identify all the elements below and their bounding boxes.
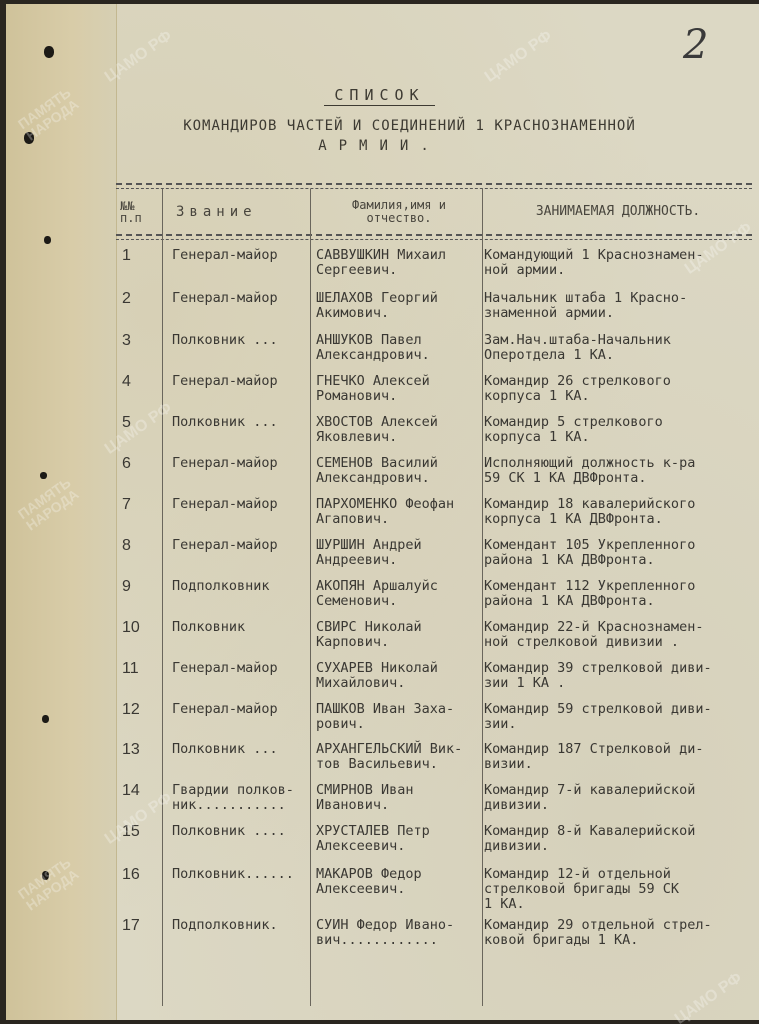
table-row: 7Генерал-майорПАРХОМЕНКО Феофан Агапович… [116, 497, 752, 538]
row-name: СМИРНОВ Иван Иванович. [310, 783, 482, 824]
row-number: 17 [116, 918, 162, 966]
table-grid: №№ п.п Звание Фамилия,имя и отчество. ЗА… [116, 189, 752, 966]
row-number: 12 [116, 702, 162, 742]
binding-hole [42, 871, 49, 880]
document-subtitle-line2: АРМИИ. [0, 138, 759, 154]
row-name: ГНЕЧКО Алексей Романович. [310, 374, 482, 415]
row-number: 16 [116, 867, 162, 918]
row-name: СЕМЕНОВ Василий Александрович. [310, 456, 482, 497]
row-position: Исполняющий должность к-ра 59 СК 1 КА ДВ… [482, 456, 752, 497]
document-subtitle-line1: КОМАНДИРОВ ЧАСТЕЙ И СОЕДИНЕНИЙ 1 КРАСНОЗ… [30, 118, 759, 134]
table-row: 1Генерал-майорСАВВУШКИН Михаил Сергеевич… [116, 240, 752, 291]
row-number: 8 [116, 538, 162, 579]
header-position: ЗАНИМАЕМАЯ ДОЛЖНОСТЬ. [482, 204, 752, 219]
header-number: №№ п.п [116, 200, 162, 224]
table-row: 14Гвардии полков- ник...........СМИРНОВ … [116, 783, 752, 824]
table-row: 3Полковник ...АНШУКОВ Павел Александрови… [116, 333, 752, 374]
header-name: Фамилия,имя и отчество. [310, 199, 482, 225]
table-row: 4Генерал-майорГНЕЧКО Алексей Романович.К… [116, 374, 752, 415]
row-name: АКОПЯН Аршалуйс Семенович. [310, 579, 482, 620]
row-rank: Генерал-майор [162, 702, 310, 742]
row-rank: Генерал-майор [162, 497, 310, 538]
row-position: Командир 59 стрелковой диви- зии. [482, 702, 752, 742]
row-name: АНШУКОВ Павел Александрович. [310, 333, 482, 374]
binding-margin [6, 4, 117, 1020]
row-number: 9 [116, 579, 162, 620]
binding-hole [42, 715, 49, 723]
table-row: 17 Подполковник.СУИН Федор Ивано- вич...… [116, 918, 752, 966]
table-row: 9ПодполковникАКОПЯН Аршалуйс Семенович.К… [116, 579, 752, 620]
row-number: 14 [116, 783, 162, 824]
page-number: 2 [683, 22, 708, 68]
row-name: СУХАРЕВ Николай Михайлович. [310, 661, 482, 702]
row-rank: Генерал-майор [162, 538, 310, 579]
row-rank: Полковник ... [162, 742, 310, 783]
row-name: МАКАРОВ Федор Алексеевич. [310, 867, 482, 918]
row-position: Зам.Нач.штаба-Начальник Оперотдела 1 КА. [482, 333, 752, 374]
row-name: ШУРШИН Андрей Андреевич. [310, 538, 482, 579]
row-rank: Гвардии полков- ник........... [162, 783, 310, 824]
table-row: 15Полковник ....ХРУСТАЛЕВ Петр Алексееви… [116, 824, 752, 867]
table-row: 8Генерал-майорШУРШИН Андрей Андреевич.Ко… [116, 538, 752, 579]
table-row: 2Генерал-майорШЕЛАХОВ Георгий Акимович.Н… [116, 291, 752, 333]
heading-text: СПИСОК [324, 86, 434, 106]
row-rank: Генерал-майор [162, 248, 310, 291]
header-rank: Звание [162, 204, 310, 220]
row-name: ПАШКОВ Иван Заха- рович. [310, 702, 482, 742]
row-rank: Полковник [162, 620, 310, 661]
row-position: Командир 22-й Краснознамен- ной стрелков… [482, 620, 752, 661]
row-position: Командир 39 стрелковой диви- зии 1 КА . [482, 661, 752, 702]
row-rank: Генерал-майор [162, 291, 310, 333]
row-number: 3 [116, 333, 162, 374]
table-row: 13Полковник ...АРХАНГЕЛЬСКИЙ Вик- тов Ва… [116, 742, 752, 783]
row-name: ХВОСТОВ Алексей Яковлевич. [310, 415, 482, 456]
row-rank: Подполковник [162, 579, 310, 620]
row-position: Командир 26 стрелкового корпуса 1 КА. [482, 374, 752, 415]
document-heading: СПИСОК [0, 86, 759, 104]
binding-hole [44, 236, 51, 244]
row-rank: Полковник .... [162, 824, 310, 867]
row-position: Командир 29 отдельной стрел- ковой брига… [482, 918, 752, 966]
row-name: СВИРС Николай Карпович. [310, 620, 482, 661]
row-number: 6 [116, 456, 162, 497]
table-header: №№ п.п Звание Фамилия,имя и отчество. ЗА… [116, 189, 752, 234]
table-row: 16Полковник......МАКАРОВ Федор Алексееви… [116, 867, 752, 918]
row-number: 7 [116, 497, 162, 538]
row-position: Командир 7-й кавалерийской дивизии. [482, 783, 752, 824]
row-name: ШЕЛАХОВ Георгий Акимович. [310, 291, 482, 333]
row-position: Начальник штаба 1 Красно- знаменной арми… [482, 291, 752, 333]
row-number: 5 [116, 415, 162, 456]
row-number: 11 [116, 661, 162, 702]
row-rank: Полковник...... [162, 867, 310, 918]
row-position: Комендант 105 Укрепленного района 1 КА Д… [482, 538, 752, 579]
table-row: 12Генерал-майорПАШКОВ Иван Заха- рович.К… [116, 702, 752, 742]
row-number: 13 [116, 742, 162, 783]
row-position: Командир 12-й отдельной стрелковой брига… [482, 867, 752, 918]
table-row: 11Генерал-майорСУХАРЕВ Николай Михайлови… [116, 661, 752, 702]
row-name: САВВУШКИН Михаил Сергеевич. [310, 248, 482, 291]
row-number: 4 [116, 374, 162, 415]
row-rank: Полковник ... [162, 415, 310, 456]
table-row: 10ПолковникСВИРС Николай Карпович.Команд… [116, 620, 752, 661]
row-position: Командир 8-й Кавалерийской дивизии. [482, 824, 752, 867]
row-number: 15 [116, 824, 162, 867]
row-name: ПАРХОМЕНКО Феофан Агапович. [310, 497, 482, 538]
table-row: 6Генерал-майорСЕМЕНОВ Василий Александро… [116, 456, 752, 497]
table-body: 1Генерал-майорСАВВУШКИН Михаил Сергеевич… [116, 240, 752, 966]
row-rank: Генерал-майор [162, 661, 310, 702]
binding-hole [44, 46, 54, 58]
row-position: Командир 18 кавалерийского корпуса 1 КА … [482, 497, 752, 538]
row-name: АРХАНГЕЛЬСКИЙ Вик- тов Васильевич. [310, 742, 482, 783]
row-name: СУИН Федор Ивано- вич............ [310, 918, 482, 966]
table-row: 5Полковник ...ХВОСТОВ Алексей Яковлевич.… [116, 415, 752, 456]
row-number: 10 [116, 620, 162, 661]
row-rank: Генерал-майор [162, 374, 310, 415]
row-rank: Полковник ... [162, 333, 310, 374]
row-number: 1 [116, 248, 162, 291]
row-number: 2 [116, 291, 162, 333]
row-rank: Подполковник. [162, 918, 310, 966]
commanders-table: №№ п.п Звание Фамилия,имя и отчество. ЗА… [116, 183, 752, 966]
row-position: Командующий 1 Краснознамен- ной армии. [482, 248, 752, 291]
row-name: ХРУСТАЛЕВ Петр Алексеевич. [310, 824, 482, 867]
row-position: Комендант 112 Укрепленного района 1 КА Д… [482, 579, 752, 620]
row-position: Командир 187 Стрелковой ди- визии. [482, 742, 752, 783]
row-position: Командир 5 стрелкового корпуса 1 КА. [482, 415, 752, 456]
binding-hole [40, 472, 47, 479]
row-rank: Генерал-майор [162, 456, 310, 497]
